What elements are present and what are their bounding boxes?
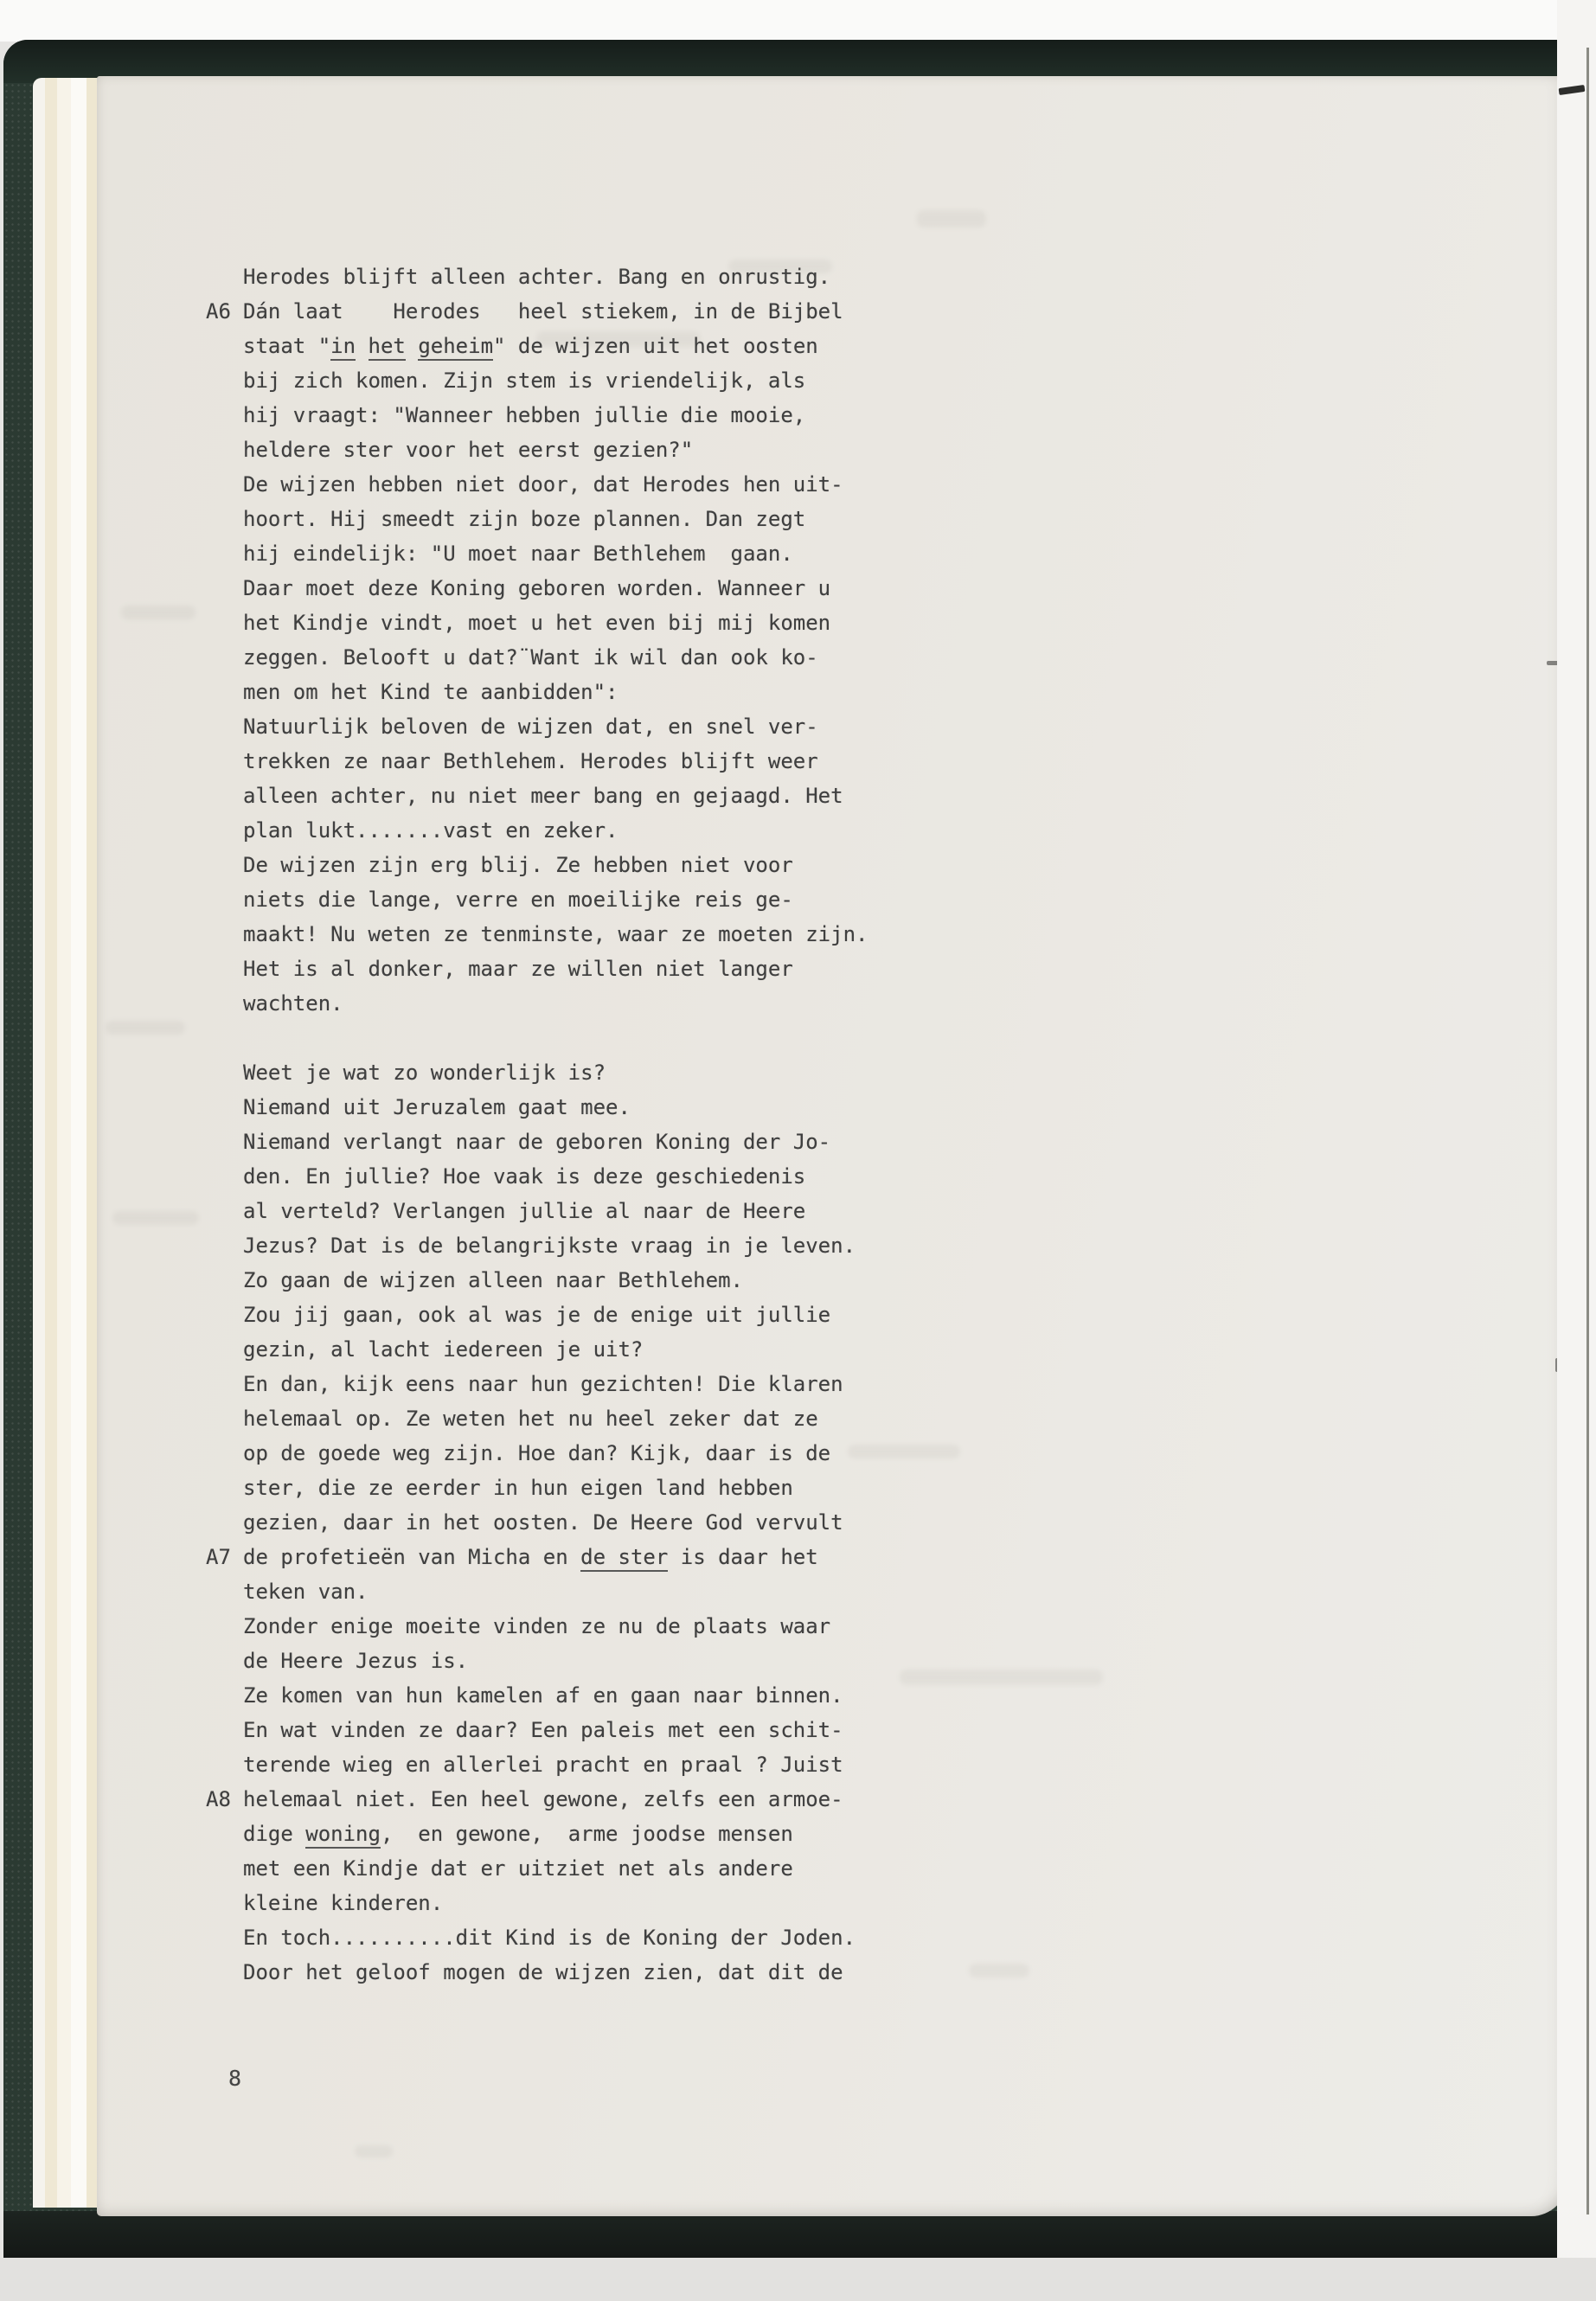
margin-label: A8 <box>206 1782 243 1817</box>
line-text: alleen achter, nu niet meer bang en geja… <box>243 779 843 813</box>
margin-label <box>206 1644 243 1678</box>
margin-label <box>206 744 243 779</box>
text-line: alleen achter, nu niet meer bang en geja… <box>206 779 868 813</box>
margin-label <box>206 1401 243 1436</box>
margin-label <box>206 1263 243 1298</box>
margin-label <box>206 1367 243 1401</box>
line-text: met een Kindje dat er uitziet net als an… <box>243 1851 793 1886</box>
text-line: gezien, daar in het oosten. De Heere God… <box>206 1505 868 1540</box>
text-line: niets die lange, verre en moeilijke reis… <box>206 882 868 917</box>
margin-label <box>206 779 243 813</box>
line-text: hoort. Hij smeedt zijn boze plannen. Dan… <box>243 502 805 536</box>
margin-label <box>206 398 243 433</box>
line-text: bij zich komen. Zijn stem is vriendelijk… <box>243 363 805 398</box>
line-text: den. En jullie? Hoe vaak is deze geschie… <box>243 1159 805 1194</box>
page-stack-edge <box>71 78 87 2208</box>
line-text: terende wieg en allerlei pracht en praal… <box>243 1747 843 1782</box>
scan-bottom-margin <box>0 2258 1596 2301</box>
margin-label <box>206 1021 243 1055</box>
line-text: Herodes blijft alleen achter. Bang en on… <box>243 260 830 294</box>
text-line: De wijzen hebben niet door, dat Herodes … <box>206 467 868 502</box>
line-text: Het is al donker, maar ze willen niet la… <box>243 952 793 986</box>
text-line: ster, die ze eerder in hun eigen land he… <box>206 1471 868 1505</box>
scan-top-margin <box>0 0 1596 42</box>
line-text: Ze komen van hun kamelen af en gaan naar… <box>243 1678 843 1713</box>
text-line: Het is al donker, maar ze willen niet la… <box>206 952 868 986</box>
text-line: met een Kindje dat er uitziet net als an… <box>206 1851 868 1886</box>
text-line: A6Dán laat Herodes heel stiekem, in de B… <box>206 294 868 329</box>
margin-label <box>206 1747 243 1782</box>
line-text: al verteld? Verlangen jullie al naar de … <box>243 1194 805 1228</box>
text-line: En wat vinden ze daar? Een paleis met ee… <box>206 1713 868 1747</box>
margin-label <box>206 502 243 536</box>
text-line <box>206 1021 868 1055</box>
margin-label <box>206 433 243 467</box>
text-line: En toch..........dit Kind is de Koning d… <box>206 1920 868 1955</box>
text-line: hoort. Hij smeedt zijn boze plannen. Dan… <box>206 502 868 536</box>
margin-label <box>206 260 243 294</box>
text-line: Niemand verlangt naar de geboren Koning … <box>206 1125 868 1159</box>
margin-label <box>206 1194 243 1228</box>
text-line: bij zich komen. Zijn stem is vriendelijk… <box>206 363 868 398</box>
text-line: gezin, al lacht iedereen je uit? <box>206 1332 868 1367</box>
line-text: De wijzen zijn erg blij. Ze hebben niet … <box>243 848 793 882</box>
text-line: De wijzen zijn erg blij. Ze hebben niet … <box>206 848 868 882</box>
text-line: het Kindje vindt, moet u het even bij mi… <box>206 606 868 640</box>
line-text: En dan, kijk eens naar hun gezichten! Di… <box>243 1367 843 1401</box>
line-text: niets die lange, verre en moeilijke reis… <box>243 882 793 917</box>
margin-label <box>206 1298 243 1332</box>
text-line: de Heere Jezus is. <box>206 1644 868 1678</box>
text-line: Jezus? Dat is de belangrijkste vraag in … <box>206 1228 868 1263</box>
line-text: maakt! Nu weten ze tenminste, waar ze mo… <box>243 917 868 952</box>
margin-label <box>206 329 243 363</box>
margin-label <box>206 640 243 675</box>
margin-label <box>206 1436 243 1471</box>
text-line: A8helemaal niet. Een heel gewone, zelfs … <box>206 1782 868 1817</box>
margin-label <box>206 467 243 502</box>
margin-label <box>206 952 243 986</box>
margin-label <box>206 536 243 571</box>
scan-right-edge-line <box>1586 48 1589 2214</box>
bleed-through-smudge <box>355 2145 393 2157</box>
text-line: Niemand uit Jeruzalem gaat mee. <box>206 1090 868 1125</box>
margin-label <box>206 1090 243 1125</box>
margin-label <box>206 1228 243 1263</box>
text-line: En dan, kijk eens naar hun gezichten! Di… <box>206 1367 868 1401</box>
margin-label: A7 <box>206 1540 243 1574</box>
margin-label <box>206 675 243 709</box>
margin-label <box>206 1678 243 1713</box>
text-line: Zo gaan de wijzen alleen naar Bethlehem. <box>206 1263 868 1298</box>
text-line: teken van. <box>206 1574 868 1609</box>
line-text: Daar moet deze Koning geboren worden. Wa… <box>243 571 830 606</box>
margin-label <box>206 917 243 952</box>
line-text: Zonder enige moeite vinden ze nu de plaa… <box>243 1609 830 1644</box>
line-text: plan lukt.......vast en zeker. <box>243 813 618 848</box>
text-line: Herodes blijft alleen achter. Bang en on… <box>206 260 868 294</box>
text-line: plan lukt.......vast en zeker. <box>206 813 868 848</box>
line-text: het Kindje vindt, moet u het even bij mi… <box>243 606 830 640</box>
line-text: Jezus? Dat is de belangrijkste vraag in … <box>243 1228 856 1263</box>
text-line: Door het geloof mogen de wijzen zien, da… <box>206 1955 868 1990</box>
text-line: den. En jullie? Hoe vaak is deze geschie… <box>206 1159 868 1194</box>
text-line: dige woning, en gewone, arme joodse mens… <box>206 1817 868 1851</box>
text-line: Zonder enige moeite vinden ze nu de plaa… <box>206 1609 868 1644</box>
margin-label <box>206 1505 243 1540</box>
text-line: heldere ster voor het eerst gezien?" <box>206 433 868 467</box>
text-line: Weet je wat zo wonderlijk is? <box>206 1055 868 1090</box>
line-text: men om het Kind te aanbidden": <box>243 675 618 709</box>
line-text: ster, die ze eerder in hun eigen land he… <box>243 1471 793 1505</box>
line-text: Zo gaan de wijzen alleen naar Bethlehem. <box>243 1263 743 1298</box>
line-text: heldere ster voor het eerst gezien?" <box>243 433 693 467</box>
margin-label <box>206 1955 243 1990</box>
margin-label <box>206 1055 243 1090</box>
text-line: wachten. <box>206 986 868 1021</box>
line-text: de profetieën van Micha en de ster is da… <box>243 1540 818 1574</box>
line-text: op de goede weg zijn. Hoe dan? Kijk, daa… <box>243 1436 830 1471</box>
margin-label <box>206 882 243 917</box>
margin-label <box>206 1125 243 1159</box>
margin-label <box>206 1886 243 1920</box>
bleed-through-smudge <box>900 1670 1103 1685</box>
line-text: wachten. <box>243 986 343 1021</box>
line-text: De wijzen hebben niet door, dat Herodes … <box>243 467 843 502</box>
line-text: En toch..........dit Kind is de Koning d… <box>243 1920 856 1955</box>
page-number: 8 <box>228 2066 241 2091</box>
bleed-through-smudge <box>121 606 195 619</box>
text-line: men om het Kind te aanbidden": <box>206 675 868 709</box>
line-text: teken van. <box>243 1574 369 1609</box>
bleed-through-smudge <box>112 1211 199 1225</box>
margin-label <box>206 363 243 398</box>
text-line: maakt! Nu weten ze tenminste, waar ze mo… <box>206 917 868 952</box>
text-line: Daar moet deze Koning geboren worden. Wa… <box>206 571 868 606</box>
page-stack-edge <box>57 78 71 2208</box>
margin-label: A6 <box>206 294 243 329</box>
text-line: A7de profetieën van Micha en de ster is … <box>206 1540 868 1574</box>
line-text: Natuurlijk beloven de wijzen dat, en sne… <box>243 709 818 744</box>
page-stack-edge <box>45 78 57 2208</box>
margin-label <box>206 606 243 640</box>
margin-label <box>206 1713 243 1747</box>
bleed-through-smudge <box>917 210 986 228</box>
text-line: terende wieg en allerlei pracht en praal… <box>206 1747 868 1782</box>
text-line: op de goede weg zijn. Hoe dan? Kijk, daa… <box>206 1436 868 1471</box>
margin-label <box>206 1332 243 1367</box>
margin-label <box>206 1471 243 1505</box>
text-line: Natuurlijk beloven de wijzen dat, en sne… <box>206 709 868 744</box>
margin-label <box>206 848 243 882</box>
scanned-book-scene: Herodes blijft alleen achter. Bang en on… <box>0 0 1596 2301</box>
margin-label <box>206 571 243 606</box>
line-text: helemaal niet. Een heel gewone, zelfs ee… <box>243 1782 843 1817</box>
margin-label <box>206 813 243 848</box>
text-line: zeggen. Belooft u dat?¨Want ik wil dan o… <box>206 640 868 675</box>
page-stack-edge <box>33 78 45 2208</box>
text-line: staat "in het geheim" de wijzen uit het … <box>206 329 868 363</box>
margin-label <box>206 986 243 1021</box>
line-text: kleine kinderen. <box>243 1886 443 1920</box>
line-text: de Heere Jezus is. <box>243 1644 468 1678</box>
margin-label <box>206 1574 243 1609</box>
line-text: Zou jij gaan, ook al was je de enige uit… <box>243 1298 830 1332</box>
line-text: hij vraagt: "Wanneer hebben jullie die m… <box>243 398 805 433</box>
scan-right-margin <box>1557 0 1596 2258</box>
line-text: Niemand uit Jeruzalem gaat mee. <box>243 1090 631 1125</box>
margin-label <box>206 1851 243 1886</box>
line-text: staat "in het geheim" de wijzen uit het … <box>243 329 818 363</box>
line-text: Niemand verlangt naar de geboren Koning … <box>243 1125 830 1159</box>
line-text: zeggen. Belooft u dat?¨Want ik wil dan o… <box>243 640 818 675</box>
text-line: hij vraagt: "Wanneer hebben jullie die m… <box>206 398 868 433</box>
text-line: Zou jij gaan, ook al was je de enige uit… <box>206 1298 868 1332</box>
line-text: helemaal op. Ze weten het nu heel zeker … <box>243 1401 818 1436</box>
margin-label <box>206 1609 243 1644</box>
line-text: Weet je wat zo wonderlijk is? <box>243 1055 606 1090</box>
line-text: hij eindelijk: "U moet naar Bethlehem ga… <box>243 536 793 571</box>
line-text: En wat vinden ze daar? Een paleis met ee… <box>243 1713 843 1747</box>
line-text: gezien, daar in het oosten. De Heere God… <box>243 1505 843 1540</box>
text-line: Ze komen van hun kamelen af en gaan naar… <box>206 1678 868 1713</box>
line-text: gezin, al lacht iedereen je uit? <box>243 1332 643 1367</box>
margin-label <box>206 1817 243 1851</box>
text-line: al verteld? Verlangen jullie al naar de … <box>206 1194 868 1228</box>
typewritten-text-block: Herodes blijft alleen achter. Bang en on… <box>206 260 868 1990</box>
line-text: Dán laat Herodes heel stiekem, in de Bij… <box>243 294 843 329</box>
text-line: trekken ze naar Bethlehem. Herodes blijf… <box>206 744 868 779</box>
text-line: helemaal op. Ze weten het nu heel zeker … <box>206 1401 868 1436</box>
line-text: Door het geloof mogen de wijzen zien, da… <box>243 1955 843 1990</box>
line-text: dige woning, en gewone, arme joodse mens… <box>243 1817 793 1851</box>
margin-label <box>206 1920 243 1955</box>
bleed-through-smudge <box>106 1021 185 1035</box>
line-text: trekken ze naar Bethlehem. Herodes blijf… <box>243 744 818 779</box>
margin-label <box>206 709 243 744</box>
text-line: hij eindelijk: "U moet naar Bethlehem ga… <box>206 536 868 571</box>
bleed-through-smudge <box>969 1964 1029 1977</box>
book-cover-bottom-edge <box>3 2211 1567 2258</box>
text-line: kleine kinderen. <box>206 1886 868 1920</box>
margin-label <box>206 1159 243 1194</box>
